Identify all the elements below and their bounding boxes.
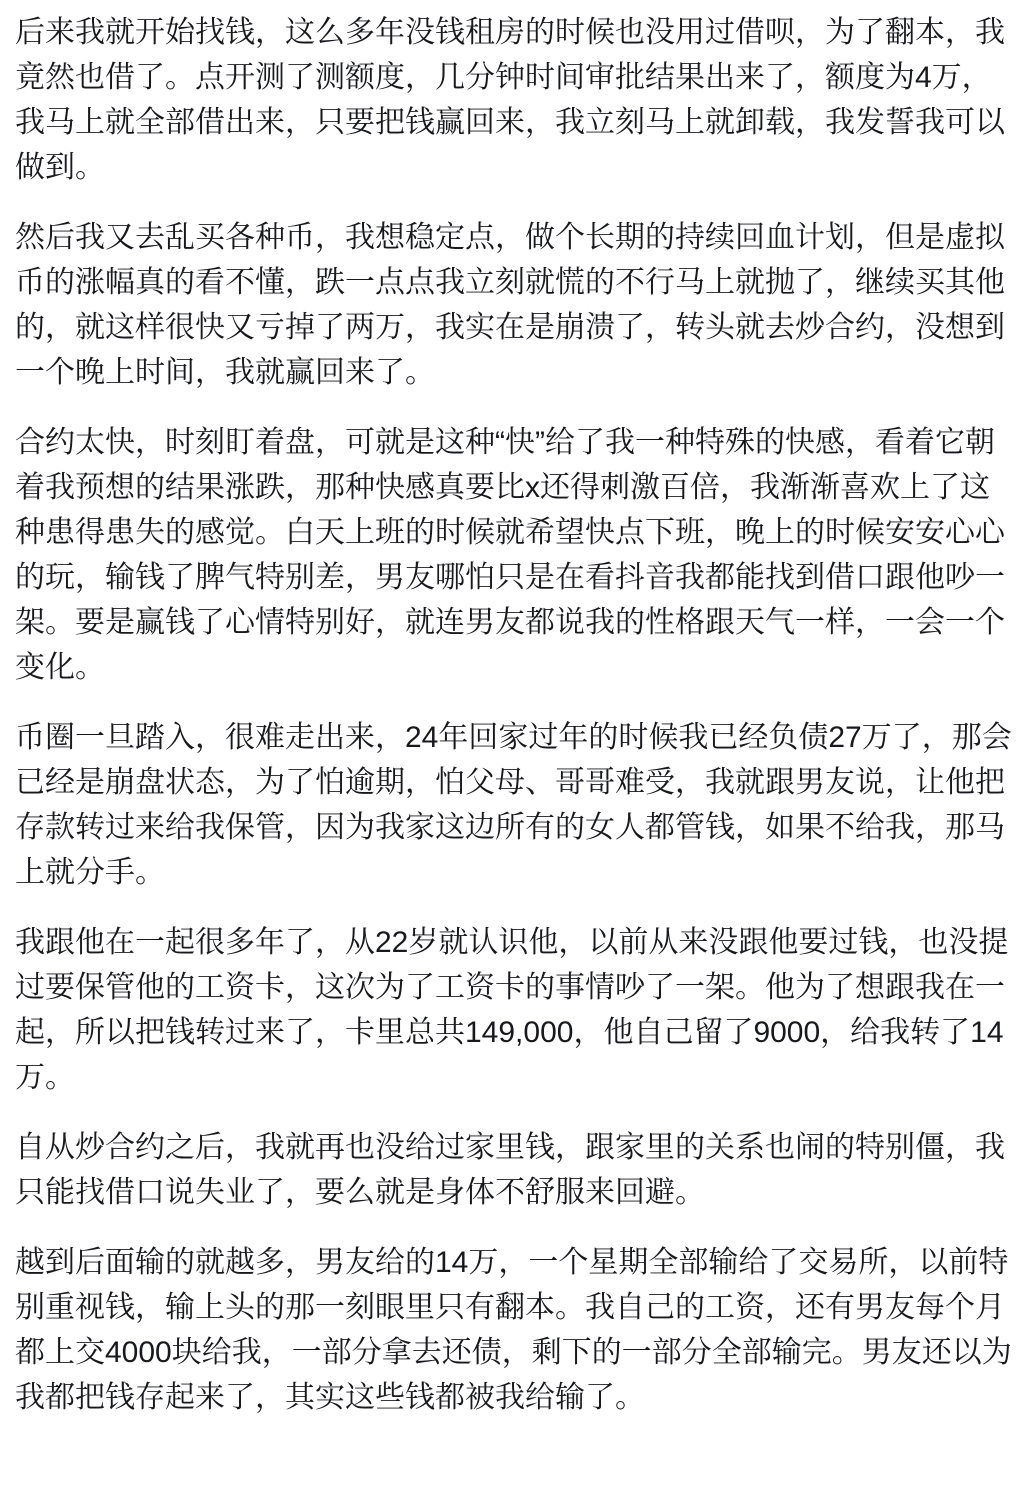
- paragraph: 合约太快，时刻盯着盘，可就是这种“快”给了我一种特殊的快感，看着它朝着我预想的结…: [15, 420, 1019, 690]
- paragraph: 越到后面输的就越多，男友给的14万，一个星期全部输给了交易所，以前特别重视钱，输…: [15, 1240, 1019, 1420]
- paragraph: 自从炒合约之后，我就再也没给过家里钱，跟家里的关系也闹的特别僵，我只能找借口说失…: [15, 1125, 1019, 1215]
- paragraph: 后来我就开始找钱，这么多年没钱租房的时候也没用过借呗，为了翻本，我竟然也借了。点…: [15, 10, 1019, 190]
- article-text-body: 后来我就开始找钱，这么多年没钱租房的时候也没用过借呗，为了翻本，我竟然也借了。点…: [0, 0, 1036, 1420]
- paragraph: 币圈一旦踏入，很难走出来，24年回家过年的时候我已经负债27万了，那会已经是崩盘…: [15, 715, 1019, 895]
- paragraph: 我跟他在一起很多年了，从22岁就认识他，以前从来没跟他要过钱，也没提过要保管他的…: [15, 920, 1019, 1100]
- paragraph: 然后我又去乱买各种币，我想稳定点，做个长期的持续回血计划，但是虚拟币的涨幅真的看…: [15, 215, 1019, 395]
